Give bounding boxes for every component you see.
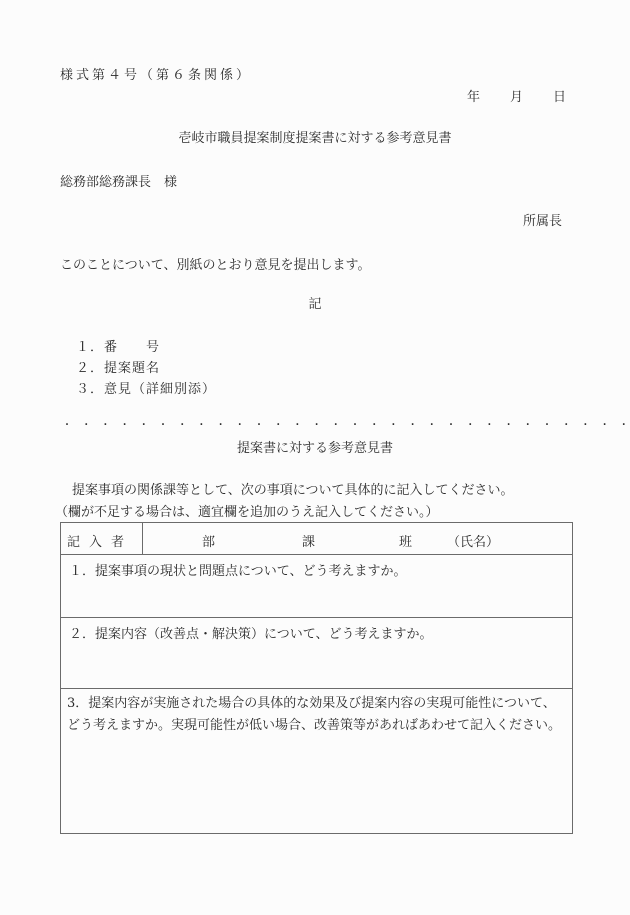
item-proposal-title: ２．提案題名 xyxy=(76,358,216,379)
instruction-1: 提案事項の関係課等として、次の事項について具体的に記入してください。 xyxy=(72,483,513,499)
sender: 所属長 xyxy=(523,214,562,230)
question-row-2[interactable]: ２．提案内容（改善点・解決策）について、どう考えますか。 xyxy=(61,618,572,689)
writer-label: 記入者 xyxy=(67,531,133,550)
question-row-3[interactable]: 3．提案内容が実施された場合の具体的な効果及び提案内容の実現可能性について、どう… xyxy=(61,689,572,833)
instruction-2: （欄が不足する場合は、適宜欄を追加のうえ記入してください。） xyxy=(55,505,439,521)
section-label: 課 xyxy=(302,531,315,550)
item-list: １．番 号 ２．提案題名 ３．意見（詳細別添） xyxy=(76,337,216,400)
question-1: １．提案事項の現状と問題点について、どう考えますか。 xyxy=(69,561,406,583)
item-opinion: ３．意見（詳細別添） xyxy=(76,379,216,400)
separator-dots: ・・・・・・・・・・・・・・・・・・・・・・・・・・・・・・・・・・・・・・・ xyxy=(62,418,630,434)
ki-heading: 記 xyxy=(0,297,630,313)
opinion-table: 記入者 部 課 班 （氏名） １．提案事項の現状と問題点について、どう考えますか… xyxy=(60,522,573,834)
document-title: 壱岐市職員提案制度提案書に対する参考意見書 xyxy=(0,131,630,147)
date-month: 月 xyxy=(510,90,523,106)
date-day: 日 xyxy=(553,90,566,106)
team-label: 班 xyxy=(399,531,412,550)
column-divider xyxy=(142,523,143,555)
body-text: このことについて、別紙のとおり意見を提出します。 xyxy=(60,258,370,274)
form-number: 様式第４号（第６条関係） xyxy=(60,68,252,84)
question-row-1[interactable]: １．提案事項の現状と問題点について、どう考えますか。 xyxy=(61,555,572,618)
date-line: 年月日 xyxy=(467,90,566,106)
question-3: 3．提案内容が実施された場合の具体的な効果及び提案内容の実現可能性について、どう… xyxy=(67,693,568,737)
date-year: 年 xyxy=(467,90,480,106)
item-number: １．番 号 xyxy=(76,337,216,358)
attachment-title: 提案書に対する参考意見書 xyxy=(0,441,630,457)
name-label: （氏名） xyxy=(447,531,499,550)
dept-label: 部 xyxy=(202,531,215,550)
addressee: 総務部総務課長 様 xyxy=(60,175,177,191)
question-2: ２．提案内容（改善点・解決策）について、どう考えますか。 xyxy=(69,624,432,646)
table-header-row: 記入者 部 課 班 （氏名） xyxy=(61,523,572,555)
